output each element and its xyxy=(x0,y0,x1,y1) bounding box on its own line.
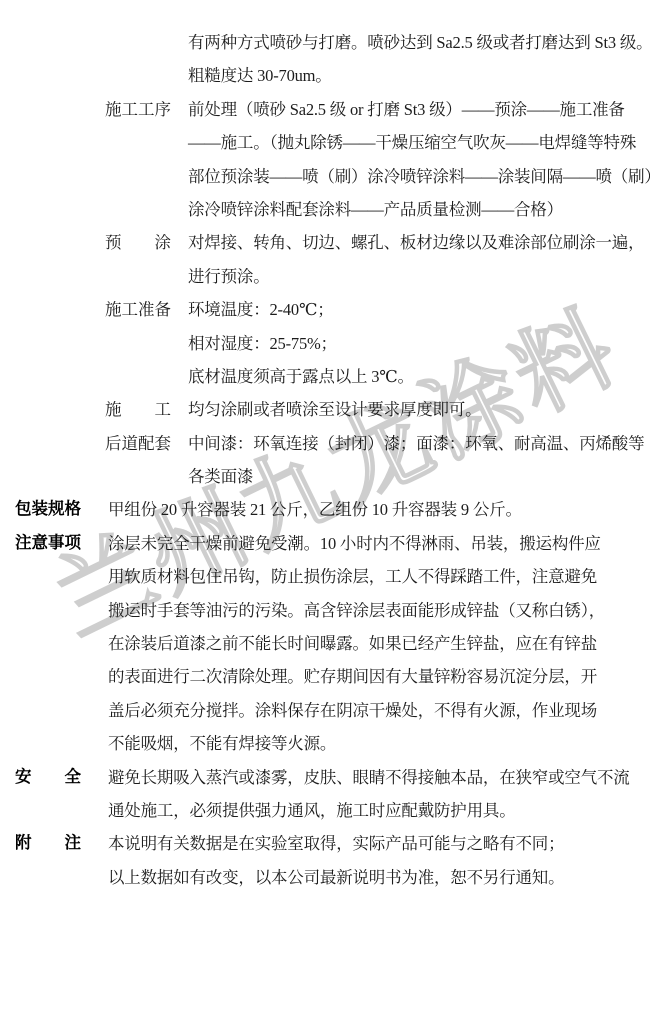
body-line: 有两种方式喷砂与打磨。喷砂达到 Sa2.5 级或者打磨达到 St3 级。 xyxy=(188,26,650,59)
section-body: 甲组份 20 升容器装 21 公斤，乙组份 10 升容器装 9 公斤。 xyxy=(108,493,650,526)
body-line: 各类面漆 xyxy=(188,460,650,493)
section-notes: 附 注 本说明有关数据是在实验室取得，实际产品可能与之略有不同； 以上数据如有改… xyxy=(0,827,650,894)
section-packaging-spec: 包装规格 甲组份 20 升容器装 21 公斤，乙组份 10 升容器装 9 公斤。 xyxy=(0,493,650,526)
body-line: 本说明有关数据是在实验室取得，实际产品可能与之略有不同； xyxy=(108,827,650,860)
body-line: 环境温度：2-40℃； xyxy=(188,293,650,326)
section-body: 前处理（喷砂 Sa2.5 级 or 打磨 St3 级）——预涂——施工准备 ——… xyxy=(188,93,650,227)
body-line: ——施工。（抛丸除锈——干燥压缩空气吹灰——电焊缝等特殊 xyxy=(188,126,650,159)
section-body: 避免长期吸入蒸汽或漆雾，皮肤、眼睛不得接触本品，在狭窄或空气不流 通处施工，必须… xyxy=(108,761,650,828)
section-pre-coating: 预 涂 对焊接、转角、切边、螺孔、板材边缘以及难涂部位刷涂一遍， 进行预涂。 xyxy=(0,226,650,293)
section-label: 注意事项 xyxy=(15,527,81,560)
section-label: 施工工序 xyxy=(105,93,171,126)
section-label: 附 注 xyxy=(15,827,81,860)
section-label: 包装规格 xyxy=(15,493,81,526)
datasheet-page: 兰州九龙涂料 有两种方式喷砂与打磨。喷砂达到 Sa2.5 级或者打磨达到 St3… xyxy=(0,0,650,1029)
section-label: 预 涂 xyxy=(105,226,171,259)
body-line: 用软质材料包住吊钩，防止损伤涂层，工人不得踩踏工件，注意避免 xyxy=(108,560,650,593)
body-line: 粗糙度达 30-70um。 xyxy=(188,59,650,92)
section-body: 均匀涂刷或者喷涂至设计要求厚度即可。 xyxy=(188,393,650,426)
section-construction-procedure: 施工工序 前处理（喷砂 Sa2.5 级 or 打磨 St3 级）——预涂——施工… xyxy=(0,93,650,227)
body-line: 盖后必须充分搅拌。涂料保存在阴凉干燥处，不得有火源，作业现场 xyxy=(108,694,650,727)
body-line: 底材温度须高于露点以上 3℃。 xyxy=(188,360,650,393)
section-surface-treatment-continuation: 有两种方式喷砂与打磨。喷砂达到 Sa2.5 级或者打磨达到 St3 级。 粗糙度… xyxy=(0,26,650,93)
body-line: 的表面进行二次清除处理。贮存期间因有大量锌粉容易沉淀分层，开 xyxy=(108,660,650,693)
body-line: 中间漆：环氧连接（封闭）漆；面漆：环氧、耐高温、丙烯酸等 xyxy=(188,427,650,460)
section-body: 有两种方式喷砂与打磨。喷砂达到 Sa2.5 级或者打磨达到 St3 级。 粗糙度… xyxy=(188,26,650,93)
section-construction: 施 工 均匀涂刷或者喷涂至设计要求厚度即可。 xyxy=(0,393,650,426)
body-line: 涂冷喷锌涂料配套涂料——产品质量检测——合格） xyxy=(188,193,650,226)
section-label: 后道配套 xyxy=(105,427,171,460)
section-safety: 安 全 避免长期吸入蒸汽或漆雾，皮肤、眼睛不得接触本品，在狭窄或空气不流 通处施… xyxy=(0,761,650,828)
body-line: 相对湿度：25-75%； xyxy=(188,327,650,360)
section-label: 施 工 xyxy=(105,393,171,426)
section-subsequent-coating: 后道配套 中间漆：环氧连接（封闭）漆；面漆：环氧、耐高温、丙烯酸等 各类面漆 xyxy=(0,427,650,494)
section-body: 本说明有关数据是在实验室取得，实际产品可能与之略有不同； 以上数据如有改变，以本… xyxy=(108,827,650,894)
body-line: 前处理（喷砂 Sa2.5 级 or 打磨 St3 级）——预涂——施工准备 xyxy=(188,93,650,126)
body-line: 甲组份 20 升容器装 21 公斤，乙组份 10 升容器装 9 公斤。 xyxy=(108,493,650,526)
body-line: 避免长期吸入蒸汽或漆雾，皮肤、眼睛不得接触本品，在狭窄或空气不流 xyxy=(108,761,650,794)
body-line: 进行预涂。 xyxy=(188,260,650,293)
section-body: 中间漆：环氧连接（封闭）漆；面漆：环氧、耐高温、丙烯酸等 各类面漆 xyxy=(188,427,650,494)
body-line: 对焊接、转角、切边、螺孔、板材边缘以及难涂部位刷涂一遍， xyxy=(188,226,650,259)
section-body: 环境温度：2-40℃； 相对湿度：25-75%； 底材温度须高于露点以上 3℃。 xyxy=(188,293,650,393)
section-body: 对焊接、转角、切边、螺孔、板材边缘以及难涂部位刷涂一遍， 进行预涂。 xyxy=(188,226,650,293)
body-line: 涂层未完全干燥前避免受潮。10 小时内不得淋雨、吊装，搬运构件应 xyxy=(108,527,650,560)
section-body: 涂层未完全干燥前避免受潮。10 小时内不得淋雨、吊装，搬运构件应 用软质材料包住… xyxy=(108,527,650,761)
section-label: 安 全 xyxy=(15,761,81,794)
section-construction-preparation: 施工准备 环境温度：2-40℃； 相对湿度：25-75%； 底材温度须高于露点以… xyxy=(0,293,650,393)
document-content: 有两种方式喷砂与打磨。喷砂达到 Sa2.5 级或者打磨达到 St3 级。 粗糙度… xyxy=(0,0,650,894)
section-precautions: 注意事项 涂层未完全干燥前避免受潮。10 小时内不得淋雨、吊装，搬运构件应 用软… xyxy=(0,527,650,761)
body-line: 不能吸烟，不能有焊接等火源。 xyxy=(108,727,650,760)
body-line: 在涂装后道漆之前不能长时间曝露。如果已经产生锌盐，应在有锌盐 xyxy=(108,627,650,660)
body-line: 搬运时手套等油污的污染。高含锌涂层表面能形成锌盐（又称白锈）， xyxy=(108,594,650,627)
body-line: 通处施工，必须提供强力通风，施工时应配戴防护用具。 xyxy=(108,794,650,827)
body-line: 均匀涂刷或者喷涂至设计要求厚度即可。 xyxy=(188,393,650,426)
section-label: 施工准备 xyxy=(105,293,171,326)
body-line: 以上数据如有改变，以本公司最新说明书为准，恕不另行通知。 xyxy=(108,861,650,894)
body-line: 部位预涂装——喷（刷）涂冷喷锌涂料——涂装间隔——喷（刷） xyxy=(188,160,650,193)
